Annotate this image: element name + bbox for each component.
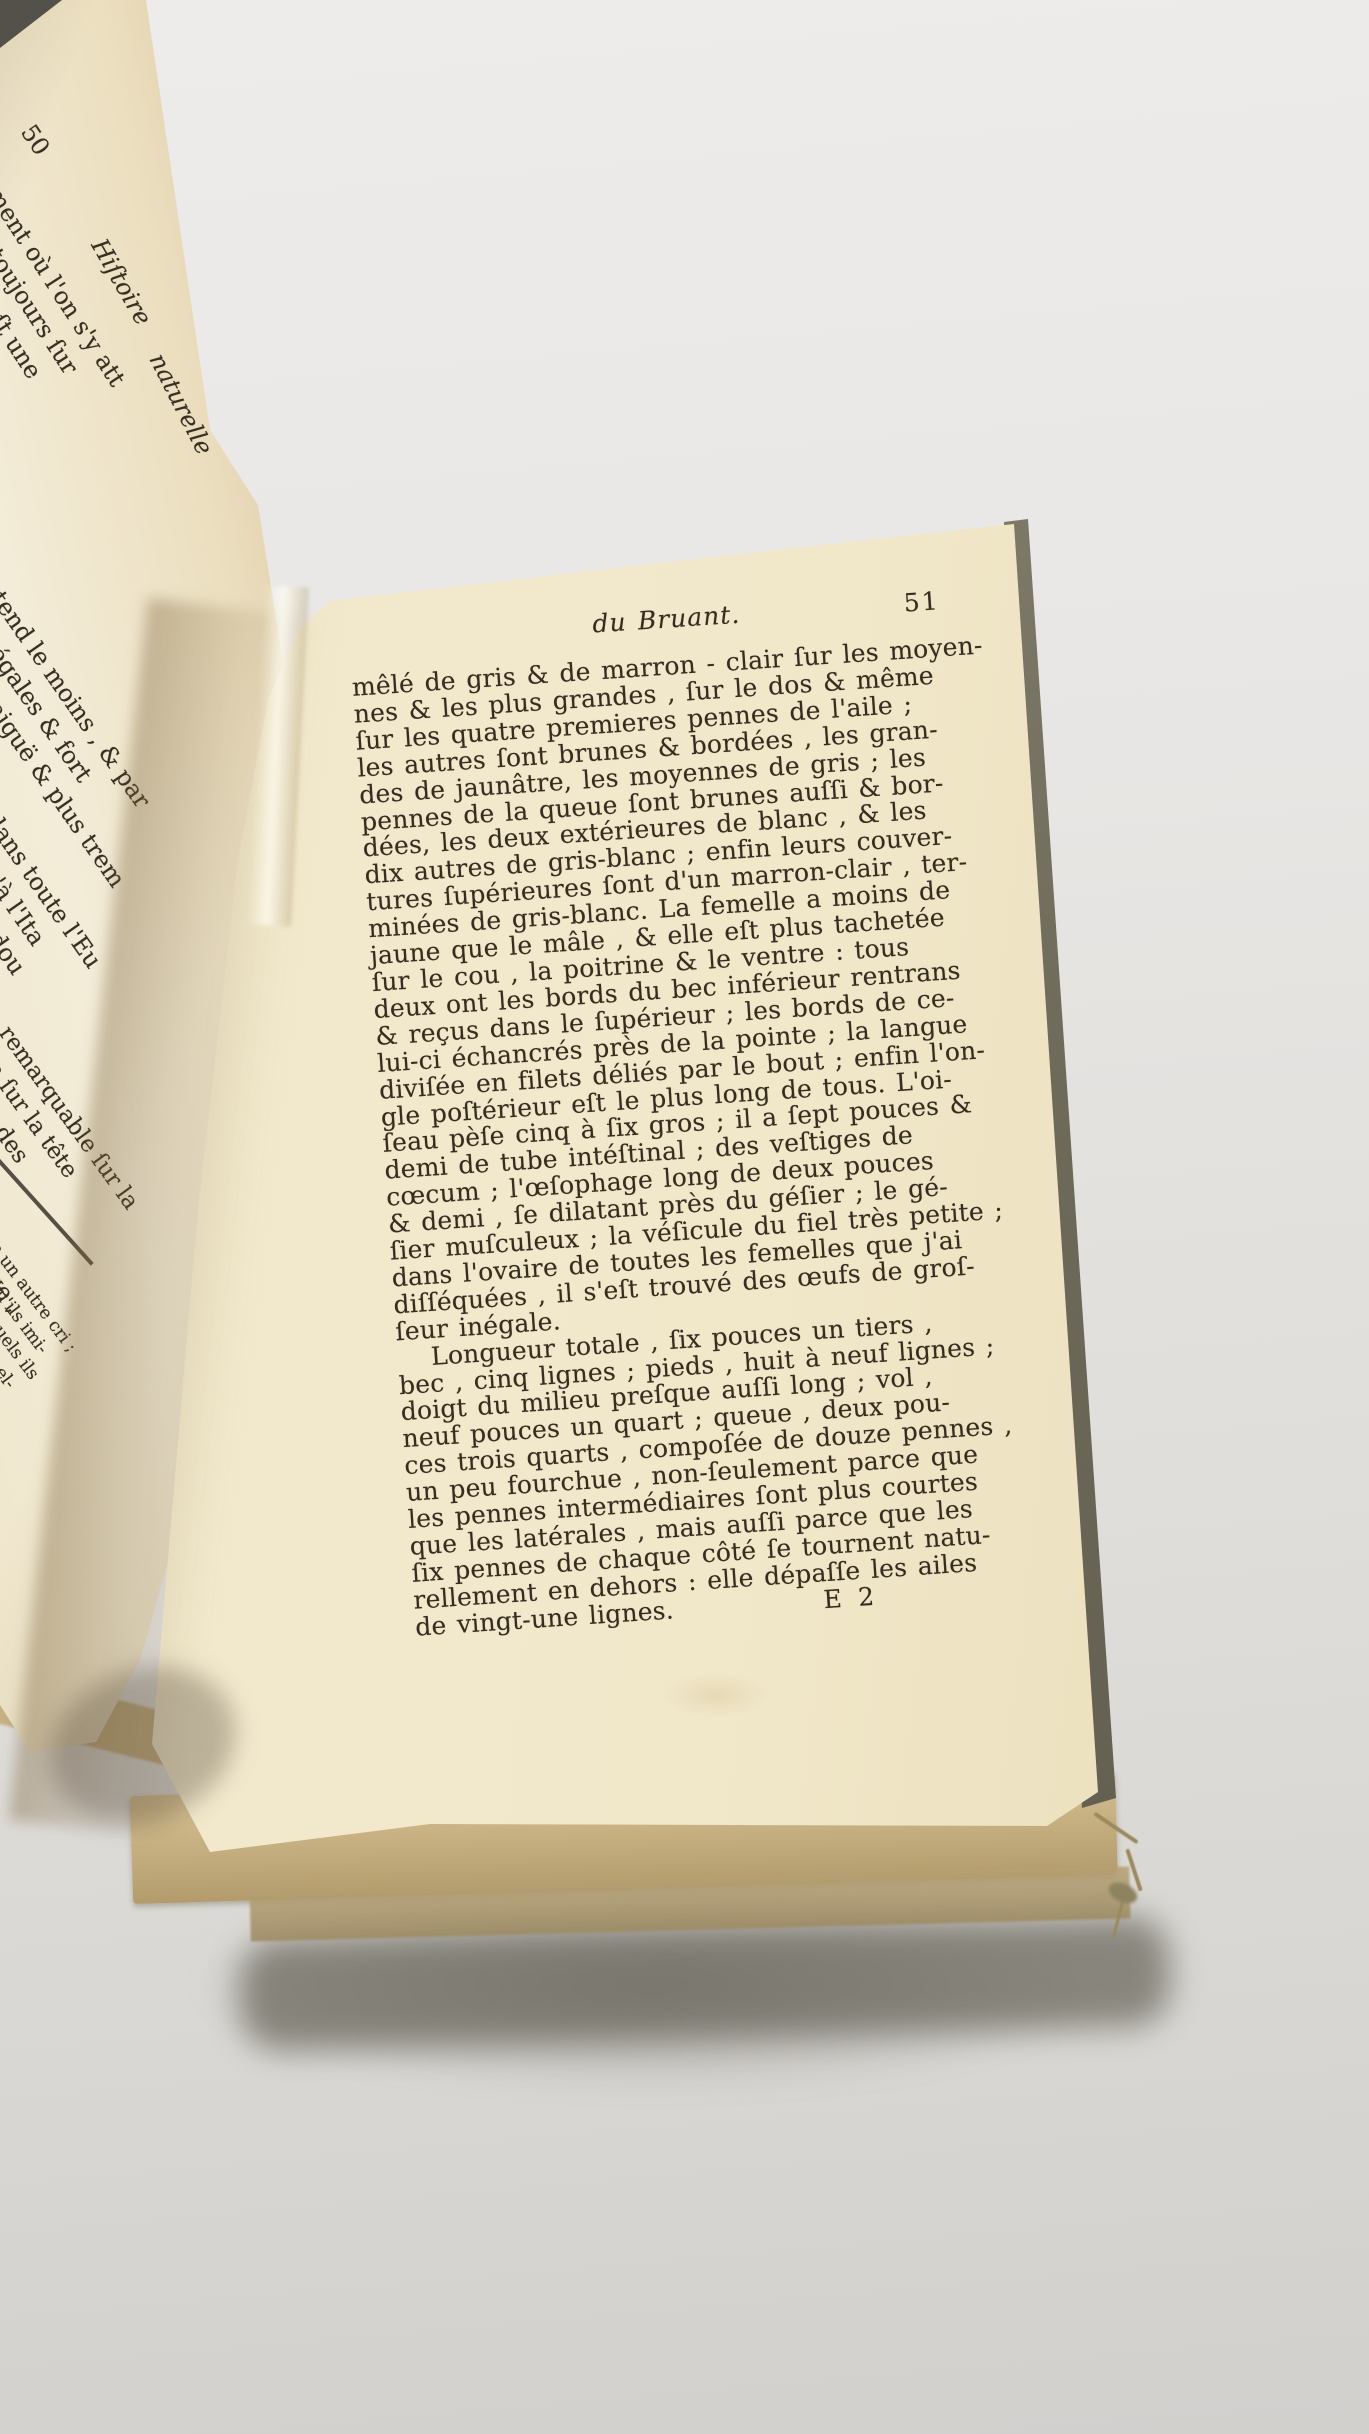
left-footnote-line: l'entendent xyxy=(0,1295,7,1415)
right-page-number: 51 xyxy=(903,588,941,617)
left-footnote-line: vec leſquels ils xyxy=(0,1266,44,1386)
left-footnote-line: dit qu'ils imi- xyxy=(0,1252,63,1372)
left-text-line: inaire en crie xyxy=(0,234,50,447)
paper-foxing-spot xyxy=(660,1672,770,1718)
right-page-body: mêlé de gris & de marron - clair ſur les… xyxy=(351,631,1073,1615)
left-text-line: arrive à la plupart des oiſ xyxy=(0,717,28,1032)
left-text-line: ment où l'on s'y att xyxy=(0,180,133,393)
left-text-line: des températures très dou xyxy=(0,699,55,1014)
right-page-text-block: du Bruant. 51 mêlé de gris & de marron -… xyxy=(348,584,1075,1642)
left-text-line: tête , ſous la gorge , xyxy=(0,1111,44,1340)
left-text-line: iſent plus ou moins avec l'ho xyxy=(0,736,1,1051)
left-text-line: rement eſt une xyxy=(0,216,77,429)
left-text-line: que toujours ſur xyxy=(0,198,105,411)
left-running-header-word2: naturelle xyxy=(144,349,219,460)
left-text-line: ſur la tête , xyxy=(0,1093,69,1322)
left-text-line: ſont répandus dans toute l'Eu xyxy=(0,661,109,976)
left-running-header-word1: Hiſtoire xyxy=(86,234,158,330)
photo-scene: { "colors":{"paper":"#f0e7c9","paper_edg… xyxy=(0,0,1369,2434)
left-page-number: 50 xyxy=(15,120,55,161)
signature-mark: E 2 xyxy=(823,1583,878,1613)
left-body-fragments-top: ment où l'on s'y attque toujours ſurreme… xyxy=(0,180,133,483)
left-text-line: iere plus aiguë & xyxy=(0,252,22,465)
left-footnote-line: ent auſſi quel- xyxy=(0,1280,25,1400)
right-running-header: du Bruant. xyxy=(592,602,741,639)
left-text-line: brun ; elle eſt xyxy=(0,1129,19,1358)
left-text-line: puis la Suède juſqu'à l'Ita xyxy=(0,680,82,995)
